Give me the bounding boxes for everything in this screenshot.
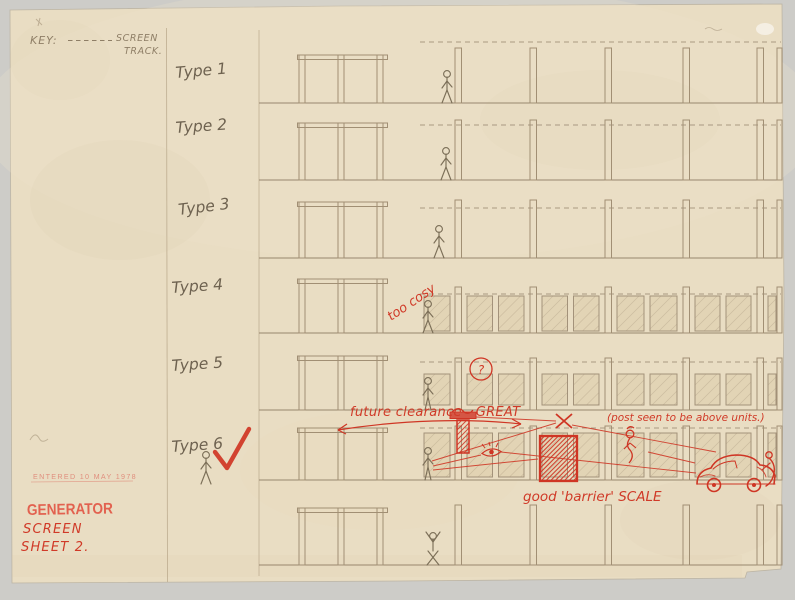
screen-panel xyxy=(574,374,600,405)
screen-panel xyxy=(650,374,677,405)
screen-panel xyxy=(467,296,493,331)
screen-panel xyxy=(542,296,568,331)
generator-stamp: GENERATOR xyxy=(27,501,113,519)
annotation-question-mark: ? xyxy=(478,363,485,377)
screen-panel xyxy=(695,433,720,477)
annotation-post-note: (post seen to be above units.) xyxy=(607,412,765,424)
scanned-architectural-sketch: KEY: SCREEN TRACK. Type 1 Type 2 Type 3 … xyxy=(0,0,795,600)
annotation-barrier-scale: good 'barrier' SCALE xyxy=(523,489,662,505)
key-legend-line1: SCREEN xyxy=(116,33,158,44)
screen-panel xyxy=(695,374,720,405)
screen-panel xyxy=(726,374,751,405)
row-label-type-2: Type 2 xyxy=(175,115,228,137)
screen-panel xyxy=(499,296,525,331)
sheet-subtitle-line1: SCREEN xyxy=(23,522,83,537)
screen-panel xyxy=(617,374,644,405)
screen-panel xyxy=(574,296,600,331)
key-legend-line2: TRACK. xyxy=(124,46,162,57)
screen-panel xyxy=(499,374,525,405)
key-label: KEY: xyxy=(30,34,58,47)
screen-panel xyxy=(695,296,720,331)
screen-panel xyxy=(542,374,568,405)
screen-panel xyxy=(726,296,751,331)
row-label-type-4: Type 4 xyxy=(171,275,224,297)
row-label-type-6: Type 6 xyxy=(171,434,224,456)
date-stamp: ENTERED 10 MAY 1978 xyxy=(33,472,137,481)
screen-panel xyxy=(768,296,776,331)
screen-panel xyxy=(467,374,493,405)
row-label-type-5: Type 5 xyxy=(171,353,224,375)
annotation-future-clearance: future clearance - GREAT xyxy=(350,405,521,420)
sheet-subtitle-line2: SHEET 2. xyxy=(21,540,90,555)
